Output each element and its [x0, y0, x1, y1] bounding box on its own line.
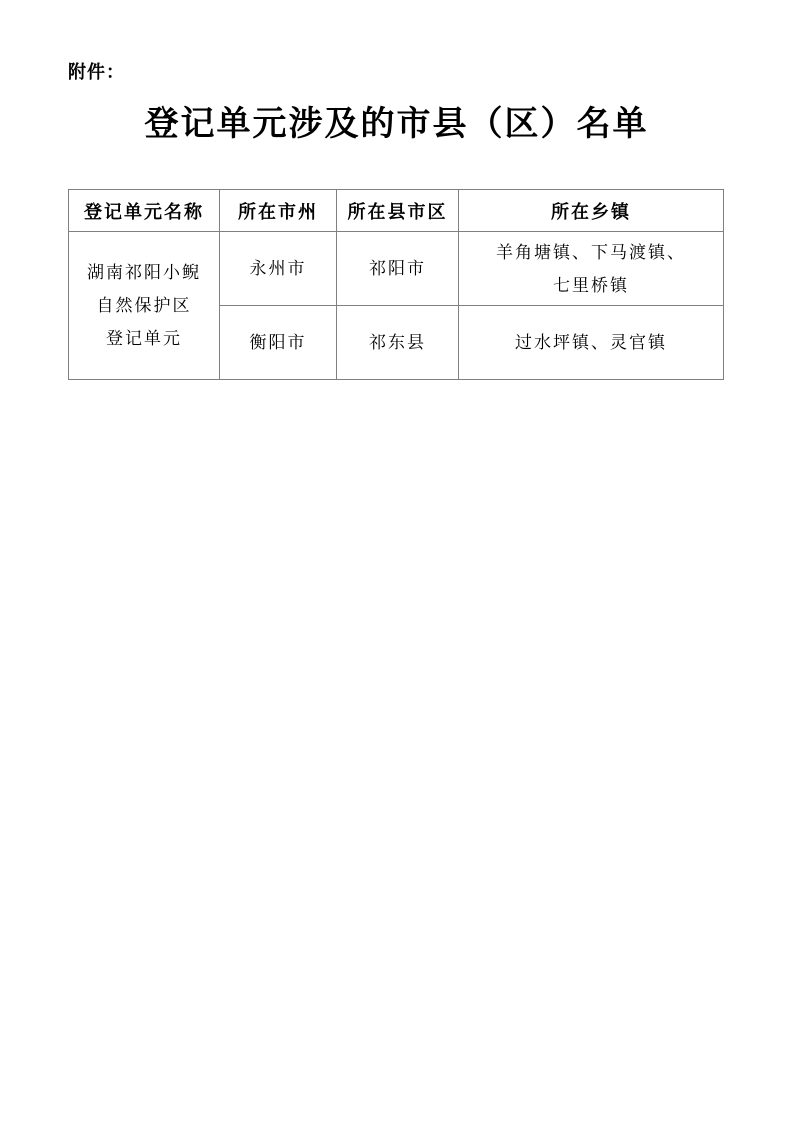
unit-name-line: 登记单元 [69, 322, 219, 355]
header-county: 所在县市区 [337, 190, 459, 232]
header-city: 所在市州 [220, 190, 337, 232]
unit-name-line: 湖南祁阳小鲵 [69, 256, 219, 289]
registration-units-table: 登记单元名称 所在市州 所在县市区 所在乡镇 湖南祁阳小鲵 自然保护区 登记单元… [68, 189, 724, 380]
cell-townships: 羊角塘镇、下马渡镇、 七里桥镇 [459, 232, 724, 306]
header-townships: 所在乡镇 [459, 190, 724, 232]
cell-county: 祁阳市 [337, 232, 459, 306]
document-page: 附件： 登记单元涉及的市县（区）名单 登记单元名称 所在市州 所在县市区 所在乡… [0, 0, 793, 1122]
townships-line: 过水坪镇、灵官镇 [459, 326, 723, 359]
cell-townships: 过水坪镇、灵官镇 [459, 306, 724, 380]
townships-line: 羊角塘镇、下马渡镇、 [459, 236, 723, 269]
cell-county: 祁东县 [337, 306, 459, 380]
table-row: 湖南祁阳小鲵 自然保护区 登记单元 永州市 祁阳市 羊角塘镇、下马渡镇、 七里桥… [69, 232, 724, 306]
townships-line: 七里桥镇 [459, 269, 723, 302]
table-header-row: 登记单元名称 所在市州 所在县市区 所在乡镇 [69, 190, 724, 232]
header-unit-name: 登记单元名称 [69, 190, 220, 232]
cell-city: 衡阳市 [220, 306, 337, 380]
cell-unit-name: 湖南祁阳小鲵 自然保护区 登记单元 [69, 232, 220, 380]
cell-city: 永州市 [220, 232, 337, 306]
page-title: 登记单元涉及的市县（区）名单 [0, 103, 793, 147]
unit-name-line: 自然保护区 [69, 289, 219, 322]
attachment-label: 附件： [68, 58, 125, 84]
